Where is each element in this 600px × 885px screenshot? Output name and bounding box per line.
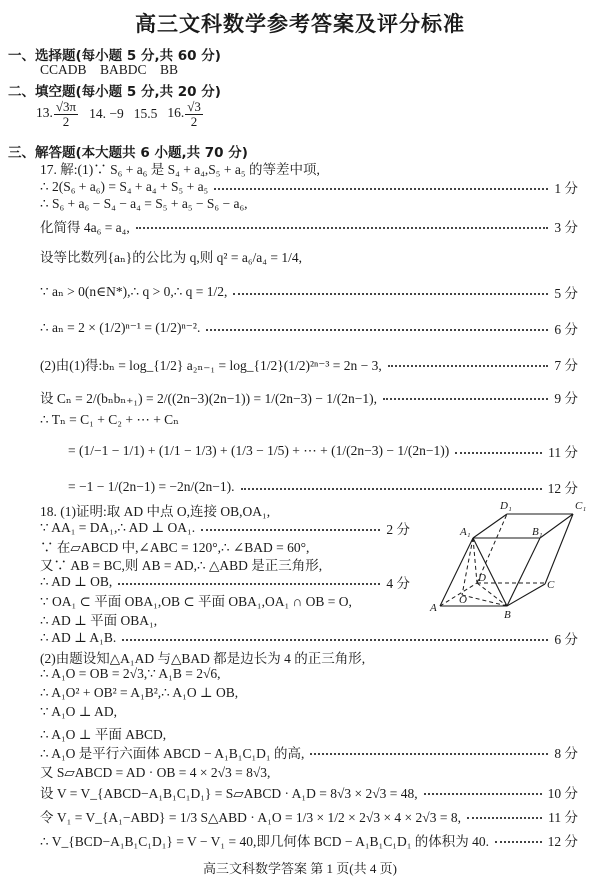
q17-line: (2)由(1)得:bₙ = log_{1/2} a₂ₙ₋₁ = log_{1/2… (40, 354, 578, 374)
parallelepiped-figure: D₁ C₁ A₁ B₁ D C O A B (410, 495, 600, 620)
fill-in-answers: 13.√3π2 14. −9 15.5 16.√32 (36, 100, 204, 128)
score: 11 分 (548, 806, 578, 826)
q17-line: 17. 解:(1)∵ S₆ + a₆ 是 S₄ + a₄,S₅ + a₅ 的等差… (40, 158, 578, 178)
q18-line: 又∵ AB = BC,则 AB = AD,∴ △ABD 是正三角形, (40, 554, 400, 574)
q18-line: ∴ A₁O² + OB² = A₁B²,∴ A₁O ⊥ OB, (40, 685, 578, 701)
q17-line: 设 Cₙ = 2/(bₙbₙ₊₁) = 2/((2n−3)(2n−1)) = 1… (40, 387, 578, 407)
svg-text:C: C (547, 579, 555, 591)
q18-line: ∴ A₁O 是平行六面体 ABCD − A₁B₁C₁D₁ 的高,8 分 (40, 742, 578, 762)
answer-13: 13.√3π2 (36, 100, 79, 128)
q18-line: ∵ OA₁ ⊂ 平面 OBA₁,OB ⊂ 平面 OBA₁,OA₁ ∩ OB = … (40, 590, 400, 610)
q18-line: ∴ A₁O ⊥ 平面 ABCD, (40, 723, 578, 743)
svg-text:B: B (504, 609, 511, 620)
page-footer: 高三文科数学答案 第 1 页(共 4 页) (0, 858, 600, 877)
q18-line: 设 V = V_{ABCD−A₁B₁C₁D₁} = S▱ABCD · A₁D =… (40, 782, 578, 802)
page-title: 高三文科数学参考答案及评分标准 (0, 8, 600, 38)
q18-line: ∴ AD ⊥ 平面 OBA₁, (40, 609, 400, 629)
q18-line: ∵ 在▱ABCD 中,∠ABC = 120°,∴ ∠BAD = 60°, (40, 536, 400, 556)
q17-line: ∴ 2(S₆ + a₆) = S₄ + a₄ + S₅ + a₅1 分 (40, 177, 578, 197)
q18-line: 18. (1)证明:取 AD 中点 O,连接 OB,OA₁, (40, 500, 400, 520)
q18-line: 又 S▱ABCD = AD · OB = 4 × 2√3 = 8√3, (40, 761, 578, 781)
section-1-heading: 一、选择题(每小题 5 分,共 60 分) (8, 44, 221, 64)
q17-line: ∴ Tₙ = C₁ + C₂ + ⋯ + Cₙ (40, 412, 578, 428)
score: 5 分 (554, 282, 578, 302)
choice-answers: CCADB BABDC BB (40, 62, 178, 78)
q17-line: ∴ aₙ = 2 × (1/2)ⁿ⁻¹ = (1/2)ⁿ⁻².6 分 (40, 318, 578, 338)
score: 2 分 (386, 518, 410, 538)
svg-text:A₁: A₁ (459, 526, 471, 538)
score: 12 分 (548, 830, 578, 850)
score: 7 分 (554, 354, 578, 374)
score: 3 分 (554, 216, 578, 236)
q18-line: ∵ A₁O ⊥ AD, (40, 704, 578, 720)
svg-text:B₁: B₁ (532, 526, 543, 538)
q18-line: ∴ AD ⊥ OB,4 分 (40, 572, 410, 592)
q18-line: ∴ AD ⊥ A₁B.6 分 (40, 628, 578, 648)
q18-line: ∵ AA₁ = DA₁,∴ AD ⊥ OA₁.2 分 (40, 518, 410, 538)
score: 10 分 (548, 782, 578, 802)
q17-line: 化简得 4a₆ = a₄,3 分 (40, 216, 578, 236)
q18-line: ∴ V_{BCD−A₁B₁C₁D₁} = V − V₁ = 40,即几何体 BC… (40, 830, 578, 850)
svg-text:D: D (477, 572, 486, 584)
answer-15: 15.5 (134, 106, 158, 122)
score: 6 分 (554, 628, 578, 648)
q17-line: 设等比数列{aₙ}的公比为 q,则 q² = a₆/a₄ = 1/4, (40, 246, 578, 266)
svg-text:O: O (459, 594, 467, 606)
answer-14: 14. −9 (89, 106, 124, 122)
score: 9 分 (554, 387, 578, 407)
score: 8 分 (554, 742, 578, 762)
q18-line: ∴ A₁O = OB = 2√3,∵ A₁B = 2√6, (40, 666, 578, 682)
score: 4 分 (386, 572, 410, 592)
score: 6 分 (554, 318, 578, 338)
score: 12 分 (548, 477, 578, 497)
score: 11 分 (548, 441, 578, 461)
q17-line: = (1/−1 − 1/1) + (1/1 − 1/3) + (1/3 − 1/… (68, 441, 578, 461)
score: 1 分 (554, 177, 578, 197)
svg-text:A: A (429, 602, 437, 614)
section-2-heading: 二、填空题(每小题 5 分,共 20 分) (8, 80, 221, 100)
svg-text:D₁: D₁ (499, 500, 512, 512)
q17-line: = −1 − 1/(2n−1) = −2n/(2n−1).12 分 (68, 477, 578, 497)
q18-line: (2)由题设知△A₁AD 与△BAD 都是边长为 4 的正三角形, (40, 647, 578, 667)
q18-line: 令 V₁ = V_{A₁−ABD} = 1/3 S△ABD · A₁O = 1/… (40, 806, 578, 826)
q17-line: ∴ S₆ + a₆ − S₄ − a₄ = S₅ + a₅ − S₆ − a₆, (40, 196, 578, 212)
svg-text:C₁: C₁ (575, 500, 586, 512)
q17-line: ∵ aₙ > 0(n∈N*),∴ q > 0,∴ q = 1/2,5 分 (40, 282, 578, 302)
answer-16: 16.√32 (167, 100, 204, 128)
